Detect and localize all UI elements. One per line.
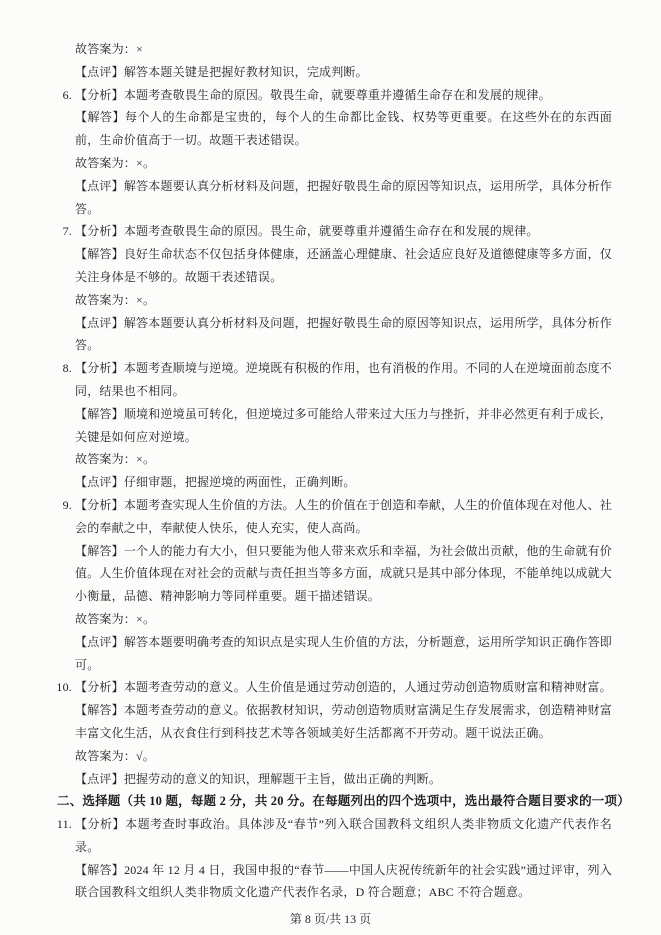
analysis-text: 本题考查实现人生价值的方法。人生的价值在于创造和奉献，人生的价值体现在对他人、社…: [75, 498, 612, 535]
answer-label: 【解答】: [75, 110, 125, 124]
question-item-10: 10.【分析】本题考查劳动的意义。人生价值是通过劳动创造的，人通过劳动创造物质财…: [75, 676, 612, 790]
analysis-paragraph: 8.【分析】本题考查顺境与逆境。逆境既有积极的作用，也有消极的作用。不同的人在逆…: [75, 357, 612, 403]
analysis-text: 本题考查顺境与逆境。逆境既有积极的作用，也有消极的作用。不同的人在逆境面前态度不…: [75, 361, 612, 398]
analysis-text: 本题考查敬畏生命的原因。敬畏生命，就要尊重并遵循生命存在和发展的规律。: [124, 88, 551, 102]
comment-label: 【点评】: [75, 475, 124, 489]
answer-text: 2024 年 12 月 4 日，我国申报的“春节——中国人庆祝传统新年的社会实践…: [75, 863, 612, 900]
question-item-6: 6.【分析】本题考查敬畏生命的原因。敬畏生命，就要尊重并遵循生命存在和发展的规律…: [75, 84, 612, 221]
answer-text: 顺境和逆境虽可转化，但逆境过多可能给人带来过大压力与挫折，并非必然更有利于成长，…: [75, 407, 612, 444]
analysis-paragraph: 11.【分析】本题考查时事政治。具体涉及“春节”列入联合国教科文组织人类非物质文…: [75, 813, 612, 859]
question-item-7: 7.【分析】本题考查敬畏生命的原因。畏生命，就要尊重并遵循生命存在和发展的规律。…: [75, 220, 612, 357]
question-item-8: 8.【分析】本题考查顺境与逆境。逆境既有积极的作用，也有消极的作用。不同的人在逆…: [75, 357, 612, 494]
analysis-label: 【分析】: [75, 361, 124, 375]
answer-line: 故答案为：×。: [75, 152, 612, 175]
comment-text: 仔细审题，把握逆境的两面性，正确判断。: [124, 475, 356, 489]
document-page: 故答案为：× 【点评】解答本题关键是把握好教材知识，完成判断。 6.【分析】本题…: [0, 0, 661, 935]
question-number: 9.: [49, 494, 72, 517]
analysis-paragraph: 9.【分析】本题考查实现人生价值的方法。人生的价值在于创造和奉献，人生的价值体现…: [75, 494, 612, 540]
comment-label: 【点评】: [75, 316, 124, 330]
comment-paragraph: 【点评】解答本题要明确考查的知识点是实现人生价值的方法，分析题意，运用所学知识正…: [75, 631, 612, 677]
answer-line: 故答案为：×。: [75, 289, 612, 312]
comment-label: 【点评】: [75, 65, 124, 79]
comment-label: 【点评】: [75, 179, 124, 193]
answer-text: 良好生命状态不仅包括身体健康，还涵盖心理健康、社会适应良好及道德健康等多方面，仅…: [75, 247, 612, 284]
answer-paragraph: 【解答】2024 年 12 月 4 日，我国申报的“春节——中国人庆祝传统新年的…: [75, 859, 612, 905]
answer-paragraph: 【解答】一个人的能力有大小，但只要能为他人带来欢乐和幸福，为社会做出贡献，他的生…: [75, 540, 612, 608]
answer-text: 一个人的能力有大小，但只要能为他人带来欢乐和幸福，为社会做出贡献，他的生命就有价…: [75, 544, 612, 604]
analysis-label: 【分析】: [75, 680, 124, 694]
analysis-paragraph: 7.【分析】本题考查敬畏生命的原因。畏生命，就要尊重并遵循生命存在和发展的规律。: [75, 220, 612, 243]
answer-label: 【解答】: [75, 863, 124, 877]
analysis-text: 本题考查敬畏生命的原因。畏生命，就要尊重并遵循生命存在和发展的规律。: [124, 224, 539, 238]
comment-paragraph: 【点评】解答本题要认真分析材料及问题，把握好敬畏生命的原因等知识点，运用所学，具…: [75, 175, 612, 221]
answer-label: 【解答】: [75, 407, 124, 421]
answer-paragraph: 【解答】良好生命状态不仅包括身体健康，还涵盖心理健康、社会适应良好及道德健康等多…: [75, 243, 612, 289]
analysis-label: 【分析】: [75, 498, 124, 512]
answer-line: 故答案为：×: [75, 38, 612, 61]
question-number: 10.: [49, 676, 72, 699]
comment-text: 把握劳动的意义的知识，理解题干主旨，做出正确的判断。: [124, 772, 441, 786]
question-item-9: 9.【分析】本题考查实现人生价值的方法。人生的价值在于创造和奉献，人生的价值体现…: [75, 494, 612, 676]
comment-text: 解答本题要明确考查的知识点是实现人生价值的方法，分析题意，运用所学知识正确作答即…: [75, 635, 612, 672]
question-5-tail: 故答案为：× 【点评】解答本题关键是把握好教材知识，完成判断。: [75, 38, 612, 84]
answer-line: 故答案为：×。: [75, 608, 612, 631]
answer-line: 故答案为：√。: [75, 745, 612, 768]
comment-label: 【点评】: [75, 772, 124, 786]
answer-paragraph: 【解答】每个人的生命都是宝贵的，每个人的生命都比金钱、权势等更重要。在这些外在的…: [75, 106, 612, 152]
question-number: 7.: [49, 220, 72, 243]
answer-text: 本题考查劳动的意义。依据教材知识，劳动创造物质财富满足生存发展需求，创造精神财富…: [75, 703, 612, 740]
answer-text: 每个人的生命都是宝贵的，每个人的生命都比金钱、权势等更重要。在这些外在的东西面前…: [75, 110, 612, 147]
answer-label: 【解答】: [75, 544, 124, 558]
question-number: 8.: [49, 357, 72, 380]
answer-paragraph: 【解答】顺境和逆境虽可转化，但逆境过多可能给人带来过大压力与挫折，并非必然更有利…: [75, 403, 612, 449]
comment-paragraph: 【点评】解答本题要认真分析材料及问题，把握好敬畏生命的原因等知识点，运用所学，具…: [75, 312, 612, 358]
question-item-11: 11.【分析】本题考查时事政治。具体涉及“春节”列入联合国教科文组织人类非物质文…: [75, 813, 612, 904]
analysis-label: 【分析】: [75, 817, 125, 831]
analysis-text: 本题考查时事政治。具体涉及“春节”列入联合国教科文组织人类非物质文化遗产代表作名…: [75, 817, 612, 854]
comment-text: 解答本题要认真分析材料及问题，把握好敬畏生命的原因等知识点，运用所学，具体分析作…: [75, 179, 612, 216]
answer-label: 【解答】: [75, 703, 124, 717]
page-number-footer: 第 8 页/共 13 页: [0, 910, 661, 928]
comment-text: 解答本题关键是把握好教材知识，完成判断。: [124, 65, 368, 79]
answer-line: 故答案为：×。: [75, 448, 612, 471]
question-number: 6.: [49, 84, 72, 107]
page-content: 故答案为：× 【点评】解答本题关键是把握好教材知识，完成判断。 6.【分析】本题…: [75, 38, 612, 904]
comment-paragraph: 【点评】把握劳动的意义的知识，理解题干主旨，做出正确的判断。: [75, 768, 612, 791]
comment-paragraph: 【点评】仔细审题，把握逆境的两面性，正确判断。: [75, 471, 612, 494]
comment-text: 解答本题要认真分析材料及问题，把握好敬畏生命的原因等知识点，运用所学，具体分析作…: [75, 316, 612, 353]
section-header: 二、选择题（共 10 题，每题 2 分，共 20 分。在每题列出的四个选项中，选…: [57, 790, 612, 813]
comment-label: 【点评】: [75, 635, 124, 649]
analysis-label: 【分析】: [75, 88, 124, 102]
analysis-text: 本题考查劳动的意义。人生价值是通过劳动创造的，人通过劳动创造物质财富和精神财富。: [124, 680, 612, 694]
question-number: 11.: [49, 813, 72, 836]
analysis-paragraph: 10.【分析】本题考查劳动的意义。人生价值是通过劳动创造的，人通过劳动创造物质财…: [75, 676, 612, 699]
analysis-paragraph: 6.【分析】本题考查敬畏生命的原因。敬畏生命，就要尊重并遵循生命存在和发展的规律…: [75, 84, 612, 107]
answer-paragraph: 【解答】本题考查劳动的意义。依据教材知识，劳动创造物质财富满足生存发展需求，创造…: [75, 699, 612, 745]
comment-paragraph: 【点评】解答本题关键是把握好教材知识，完成判断。: [75, 61, 612, 84]
analysis-label: 【分析】: [75, 224, 124, 238]
answer-label: 【解答】: [75, 247, 124, 261]
